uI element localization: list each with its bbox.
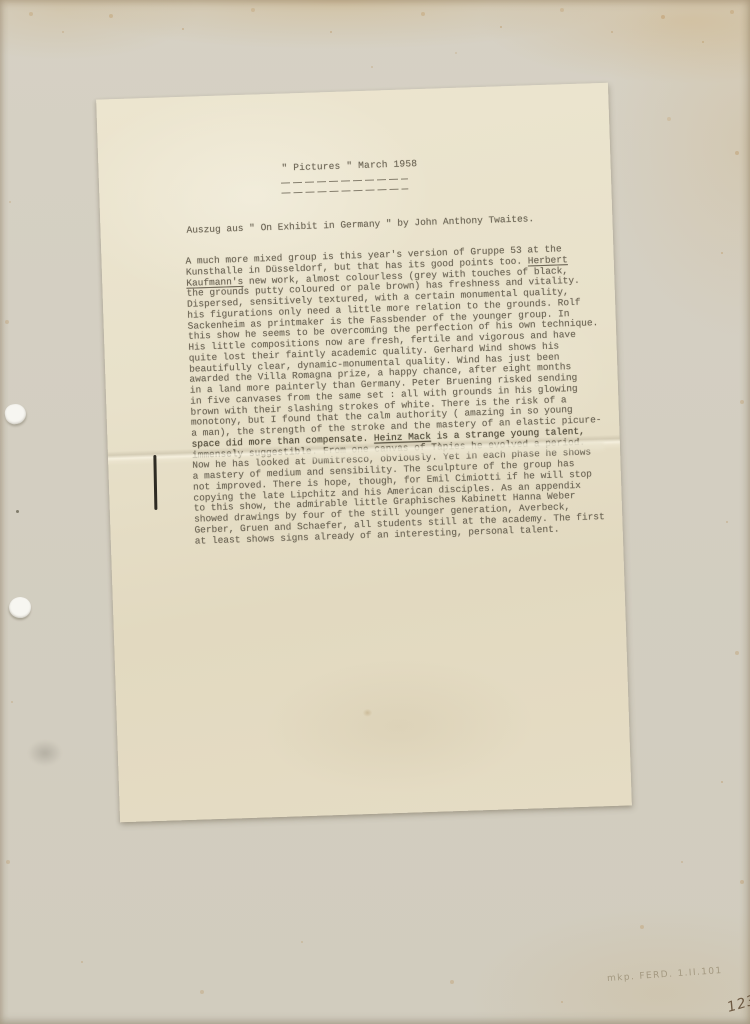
margin-ink-mark bbox=[153, 455, 157, 510]
archive-scan: " Pictures " March 1958 Auszug aus " On … bbox=[0, 0, 750, 1024]
document-title: " Pictures " March 1958 bbox=[281, 158, 417, 173]
typed-body: A much more mixed group is this year's v… bbox=[185, 243, 605, 547]
handwritten-page-number: 123 bbox=[725, 992, 750, 1016]
title-underline-2 bbox=[281, 188, 408, 194]
punch-hole-bottom bbox=[8, 596, 33, 620]
dark-speck bbox=[16, 510, 19, 513]
gray-smudge bbox=[28, 740, 62, 766]
typewritten-page: " Pictures " March 1958 Auszug aus " On … bbox=[96, 83, 632, 823]
punch-hole-top bbox=[3, 402, 28, 426]
document-byline: Auszug aus " On Exhibit in Germany " by … bbox=[186, 213, 534, 236]
foxing-specks bbox=[0, 0, 2, 2]
inventory-annotation: mkp. FERD. 1.II.101 bbox=[607, 966, 723, 984]
title-underline-1 bbox=[281, 178, 408, 184]
